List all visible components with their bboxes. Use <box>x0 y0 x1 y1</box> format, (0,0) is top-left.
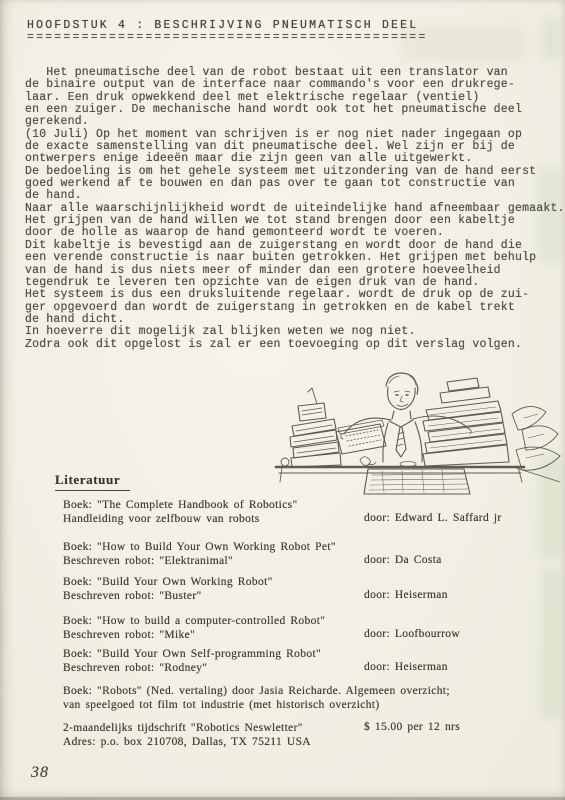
body-text-line: In hoeverre dit mogelijk zal blijken wet… <box>25 326 563 338</box>
desk-illustration-sketch <box>272 370 564 498</box>
book-subtitle: Beschreven robot: "Elektranimal" <box>63 554 553 568</box>
book-entry: Boek: "The Complete Handbook of Robotics… <box>63 498 553 526</box>
body-text-line: de hand. <box>25 190 563 202</box>
book-author: door: Heiserman <box>364 589 448 601</box>
book-subtitle: Beschreven robot: "Buster" <box>63 589 553 603</box>
book-entry: Boek: "Robots" (Ned. vertaling) door Jas… <box>63 684 553 712</box>
periodical-title: 2-maandelijks tijdschrift "Robotics Nesw… <box>63 721 553 735</box>
periodical-address: Adres: p.o. box 210708, Dallas, TX 75211… <box>63 735 553 749</box>
body-text-line: Zodra ook dit opgelost is zal er een toe… <box>25 339 563 351</box>
body-text-line: Het systeem is dus een druksluitende reg… <box>25 289 563 301</box>
book-title: Boek: "Build Your Own Self-programming R… <box>63 647 553 661</box>
book-entry: Boek: "Build Your Own Working Robot" Bes… <box>63 575 553 603</box>
body-text-line: van de hand is dus niets meer of minder … <box>25 265 563 277</box>
book-title: Boek: "Robots" (Ned. vertaling) door Jas… <box>63 684 553 698</box>
body-text-line: gerekend. <box>25 116 563 128</box>
body-paragraphs: Het pneumatische deel van de robot besta… <box>25 67 563 351</box>
book-entry: Boek: "How to Build Your Own Working Rob… <box>63 540 553 568</box>
periodical-entry: 2-maandelijks tijdschrift "Robotics Nesw… <box>63 721 553 749</box>
literature-heading: Literatuur <box>55 472 130 491</box>
book-title: Boek: "How to build a computer-controlle… <box>63 614 553 628</box>
book-subtitle: Beschreven robot: "Rodney" <box>63 661 553 675</box>
scanned-page: HOOFDSTUK 4 : BESCHRIJVING PNEUMATISCH D… <box>0 0 565 800</box>
body-text-line: de binaire output van de interface naar … <box>25 79 563 91</box>
chapter-heading-underline: ========================================… <box>27 31 427 44</box>
ink-bleed-mark <box>542 18 560 60</box>
book-entry: Boek: "How to build a computer-controlle… <box>63 614 553 642</box>
page-number: 38 <box>31 764 49 782</box>
body-text-line: en een zuiger. De mechanische hand wordt… <box>25 104 563 116</box>
body-text-line: goed werkend af te bouwen en dan pas ove… <box>25 178 563 190</box>
book-title: Boek: "Build Your Own Working Robot" <box>63 575 553 589</box>
book-subtitle: Beschreven robot: "Mike" <box>63 628 553 642</box>
book-author: door: Edward L. Saffard jr <box>364 512 502 524</box>
body-text-line: door de holle as waarop de hand gemontee… <box>25 227 563 239</box>
book-title: Boek: "How to Build Your Own Working Rob… <box>63 540 553 554</box>
book-subtitle: van speelgoed tot film tot industrie (me… <box>63 698 553 712</box>
book-author: door: Da Costa <box>364 554 442 566</box>
book-author: door: Loofbourrow <box>364 628 460 640</box>
book-author: door: Heiserman <box>364 661 448 673</box>
periodical-price: $ 15.00 per 12 nrs <box>364 721 460 733</box>
book-entry: Boek: "Build Your Own Self-programming R… <box>63 647 553 675</box>
body-text-line: een verende constructie is naar buiten g… <box>25 252 563 264</box>
book-title: Boek: "The Complete Handbook of Robotics… <box>63 498 553 512</box>
body-text-line: ontwerpers enige ideeën maar die zijn ge… <box>25 153 563 165</box>
